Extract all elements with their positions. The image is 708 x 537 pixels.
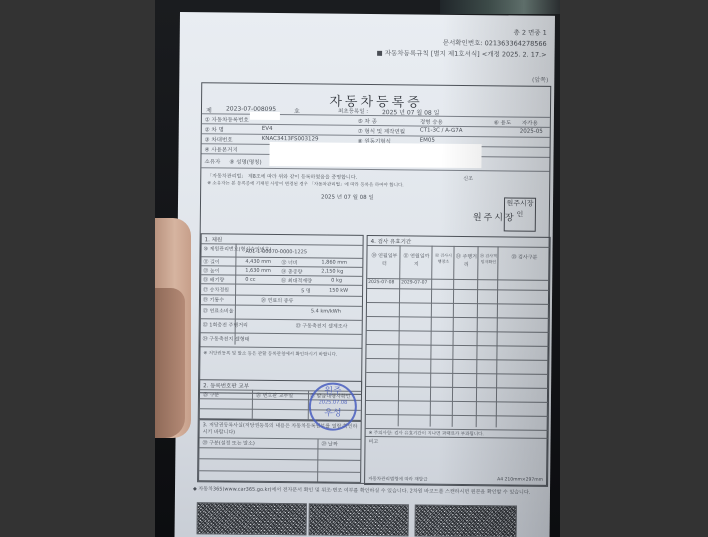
inspection-footnote: ※ 주의사항: 검사 유효기간이 지나면 과태료가 부과됩니다. [369, 430, 484, 437]
owner-name-label: ⑨ 성명(명칭) [229, 158, 261, 166]
field-label: ⑤ 차 종 [358, 117, 377, 125]
column-header: ㉛ 연월일까지 [401, 252, 431, 268]
field-value: 자가용 [522, 119, 538, 127]
spec-value: 4,430 mm [245, 259, 271, 265]
issuer-seal: 원주시장인 [504, 197, 536, 231]
spec-value: 1,630 mm [245, 268, 271, 274]
document-header: 총 2 면중 1 문서확인번호: 021363364278566 ■ 자동차등록… [376, 26, 546, 61]
spec-value: 0 kg [331, 278, 342, 284]
front-side-note: (앞쪽) [532, 75, 548, 84]
form-rule-reference: ■ 자동차등록규칙 [별지 제1호서식] <개정 2025. 2. 17.> [376, 48, 546, 61]
inspection-to-date: 2029-07-07 [401, 280, 427, 285]
field-value: CT1-3C / A-G7A [420, 128, 463, 134]
inspection-from-date: 2025-07-08 [368, 280, 394, 285]
stamp-bottom-text: 우성 [311, 406, 355, 420]
field-label: ② 차 명 [205, 125, 224, 133]
column-header: ㉝ 주행거리 [455, 253, 477, 269]
background-clutter [440, 0, 560, 14]
spec-label: ⑯ 최대적재량 [281, 277, 312, 284]
spec-value: 2,150 kg [321, 268, 343, 274]
vehicle-registration-certificate: 총 2 면중 1 문서확인번호: 021363364278566 ■ 자동차등록… [175, 12, 555, 537]
section-title: 1. 제원 [205, 235, 223, 243]
owner-notice: ※ 소유자는 본 등록증에 기재된 사항이 변경된 경우 「자동차관리법」에 따… [207, 180, 404, 188]
barcode-3 [415, 504, 517, 537]
column-header: ㉘ 구분(설정 또는 말소) [202, 439, 254, 447]
barcode-1 [197, 502, 307, 535]
holding-hand [155, 218, 191, 438]
column-header: ㉚ 연월일부터 [369, 252, 399, 268]
form-size: A4 210mm×297mm [497, 477, 543, 482]
spec-label: ⑬ 높이 [203, 267, 219, 274]
verification-footer: ◆ 자동차365(www.car365.go.kr)에서 전자문서 확인 및 위… [193, 486, 543, 497]
official-stamp: 원주 2025.07.08 우성 [309, 382, 358, 431]
spec-label: ⑲ 기통수 [203, 296, 224, 303]
document-photo: 총 2 면중 1 문서확인번호: 021363364278566 ■ 자동차등록… [155, 0, 560, 537]
spec-value: A01-1-00070-0000-1225 [245, 249, 307, 256]
registration-form: (앞쪽) 자동차등록증 제 2023-07-008095 호 최초등록일 : 2… [197, 82, 551, 486]
remarks-label: 비고 [368, 438, 378, 445]
field-label: ⑥ 용도 [494, 118, 511, 126]
column-header: ㉜ 검사시행장소 [433, 253, 453, 265]
spec-label: ⑪ 길이 [203, 258, 219, 265]
spec-label: ㉑ 연료소비율 [203, 307, 234, 314]
spec-value: 1,860 mm [321, 259, 347, 265]
column-header: ㉖ 번호판 교부일 [256, 392, 293, 399]
owner-label: 소유자 [204, 157, 220, 165]
spec-value: 150 kW [329, 288, 348, 294]
issue-date: 2025 년 07 월 08 일 [321, 192, 374, 201]
spec-value: 5 명 [301, 287, 311, 294]
spec-value: 5.4 km/kWh [311, 308, 341, 314]
spec-label: ⑰ 승차정원 [203, 286, 229, 293]
barcode-2 [309, 503, 409, 536]
field-value: EV4 [262, 126, 273, 132]
section-inspection-validity: 4. 검사 유효기간 [364, 235, 551, 487]
column-header: ㉟ 검사구분 [499, 253, 549, 262]
spec-value: 0 cc [245, 277, 255, 283]
spec-label: ㉔ 구동축전지 셀형태 [203, 335, 250, 342]
column-header: ㉕ 구분 [203, 391, 219, 398]
redacted-plate-number [250, 112, 280, 120]
stamp-top-text: 원주 [311, 384, 355, 398]
spec-label: ⑭ 총중량 [281, 268, 302, 275]
spec-value: ⑳ 연료의 종류 [261, 297, 293, 304]
column-header: ㉙ 날짜 [321, 441, 337, 448]
reissue-note: 자동차관리법령에 따라 재발급 [368, 476, 427, 483]
applicant-type: 신조 [463, 175, 473, 182]
field-value: 2025-05 [520, 129, 543, 135]
spec-label: ⑫ 너비 [281, 259, 297, 266]
column-header: ㉞ 검사책임자확인 [479, 253, 497, 265]
image-viewer: 총 2 면중 1 문서확인번호: 021363364278566 ■ 자동차등록… [0, 0, 708, 537]
redacted-owner-info [269, 142, 481, 168]
section-specifications: 1. 제원 ⑩ 제원관리번호(형식승인번호) A01-1-00070-0000-… [199, 233, 364, 395]
spec-value: ㉓ 구동축전지 셀제조사 [296, 322, 348, 330]
field-value: 경형 승용 [420, 118, 443, 126]
spec-label: ㉒ 1회충전 주행거리 [203, 321, 248, 328]
spec-label: ⑮ 배기량 [203, 276, 224, 283]
spec-note: ※ 저당권등록 및 말소 등은 관할 등록관청에서 확인하시기 바랍니다. [203, 350, 359, 359]
